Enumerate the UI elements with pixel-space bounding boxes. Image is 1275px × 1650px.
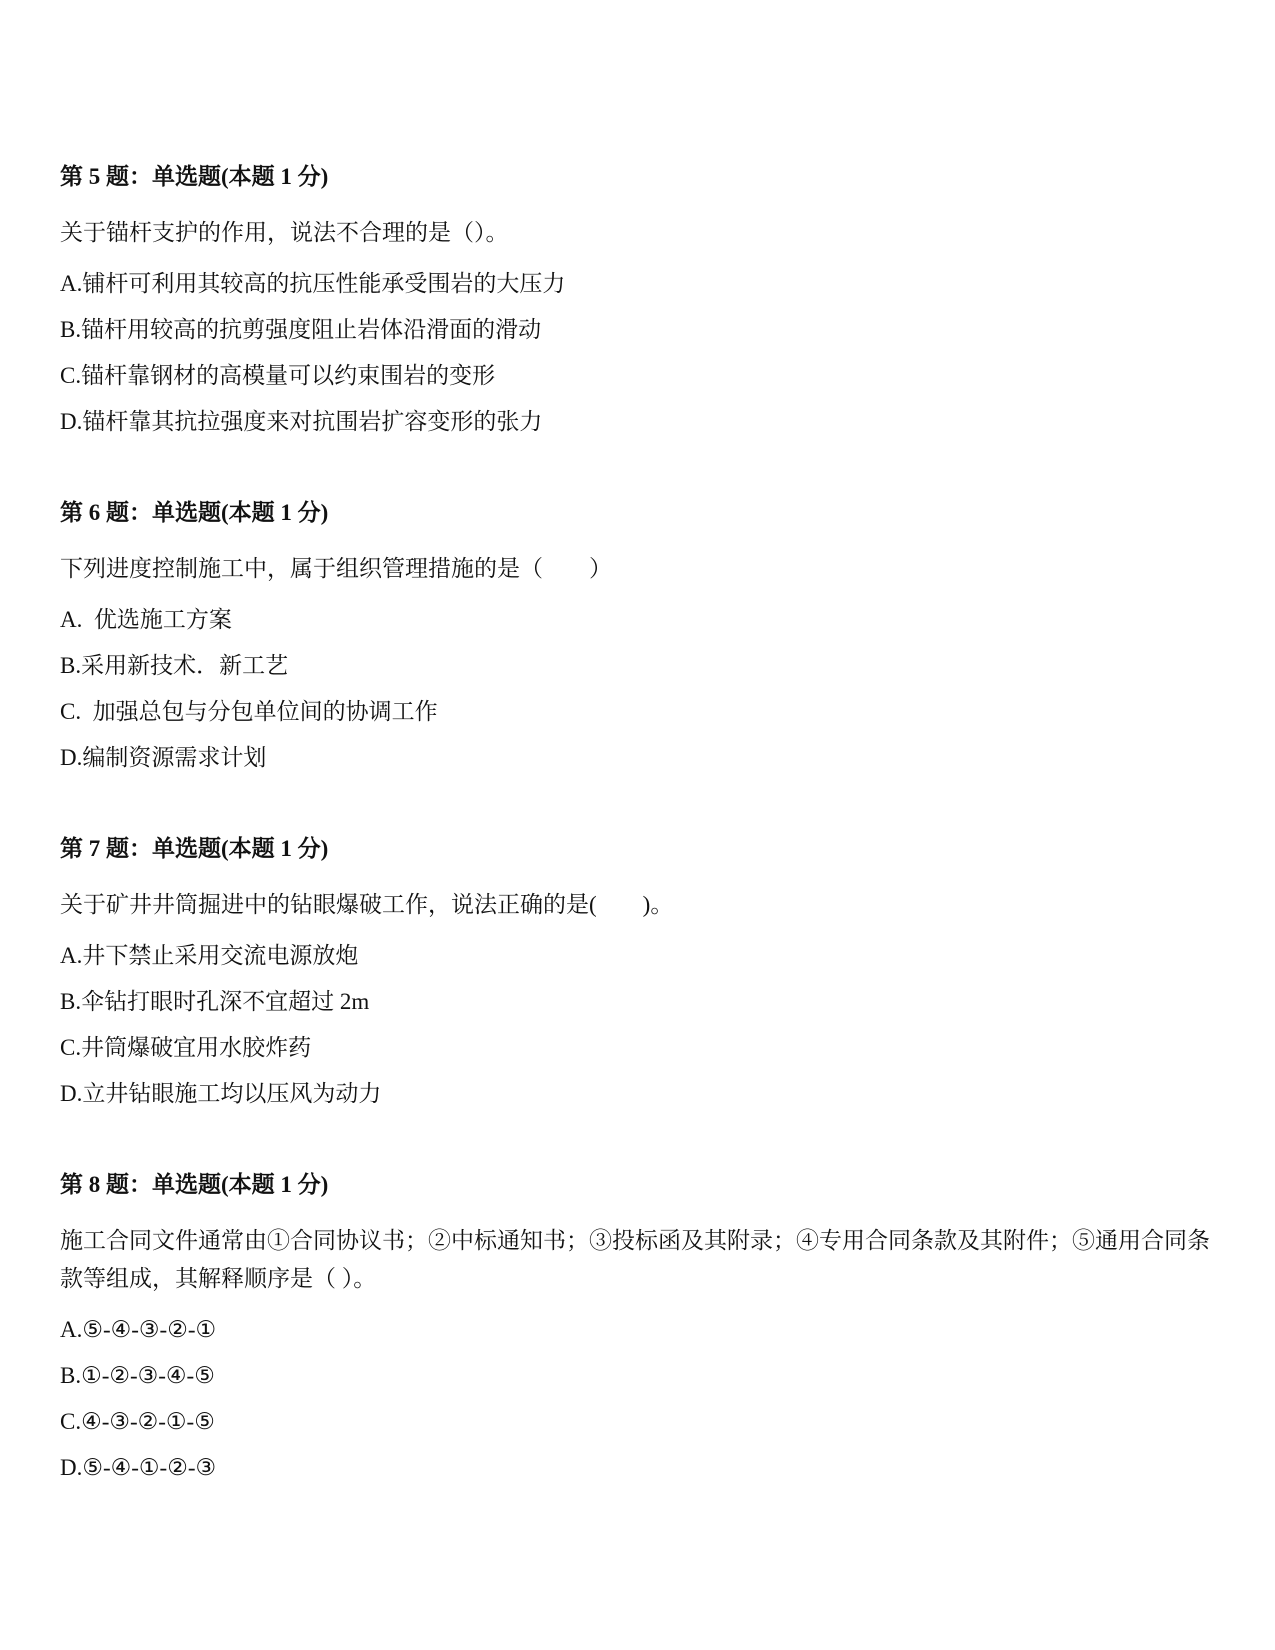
question-7-option-d: D.立井钻眼施工均以压风为动力 bbox=[60, 1080, 1220, 1108]
question-6-stem: 下列进度控制施工中，属于组织管理措施的是（ ） bbox=[60, 550, 1220, 588]
question-5-option-c: C.锚杆靠钢材的高模量可以约束围岩的变形 bbox=[60, 362, 1220, 390]
question-8-option-d: D.⑤-④-①-②-③ bbox=[60, 1454, 1220, 1482]
question-5-header: 第 5 题：单选题(本题 1 分) bbox=[60, 162, 1220, 192]
question-7-stem: 关于矿井井筒掘进中的钻眼爆破工作，说法正确的是( )。 bbox=[60, 886, 1220, 924]
question-6-option-c: C. 加强总包与分包单位间的协调工作 bbox=[60, 698, 1220, 726]
question-8-option-a: A.⑤-④-③-②-① bbox=[60, 1316, 1220, 1344]
question-8-header: 第 8 题：单选题(本题 1 分) bbox=[60, 1170, 1220, 1200]
question-7-header: 第 7 题：单选题(本题 1 分) bbox=[60, 834, 1220, 864]
question-5-option-b: B.锚杆用较高的抗剪强度阻止岩体沿滑面的滑动 bbox=[60, 316, 1220, 344]
question-6-option-a: A. 优选施工方案 bbox=[60, 606, 1220, 634]
question-8-stem: 施工合同文件通常由①合同协议书；②中标通知书；③投标函及其附录；④专用合同条款及… bbox=[60, 1222, 1220, 1298]
question-7-option-b: B.伞钻打眼时孔深不宜超过 2m bbox=[60, 988, 1220, 1016]
question-7-option-c: C.井筒爆破宜用水胶炸药 bbox=[60, 1034, 1220, 1062]
question-8: 第 8 题：单选题(本题 1 分) 施工合同文件通常由①合同协议书；②中标通知书… bbox=[60, 1170, 1220, 1482]
question-5-option-d: D.锚杆靠其抗拉强度来对抗围岩扩容变形的张力 bbox=[60, 408, 1220, 436]
question-7: 第 7 题：单选题(本题 1 分) 关于矿井井筒掘进中的钻眼爆破工作，说法正确的… bbox=[60, 834, 1220, 1108]
exam-page: 第 5 题：单选题(本题 1 分) 关于锚杆支护的作用，说法不合理的是（）。 A… bbox=[0, 0, 1275, 1482]
question-6-option-d: D.编制资源需求计划 bbox=[60, 744, 1220, 772]
question-8-option-c: C.④-③-②-①-⑤ bbox=[60, 1408, 1220, 1436]
question-6: 第 6 题：单选题(本题 1 分) 下列进度控制施工中，属于组织管理措施的是（ … bbox=[60, 498, 1220, 772]
question-6-header: 第 6 题：单选题(本题 1 分) bbox=[60, 498, 1220, 528]
question-7-option-a: A.井下禁止采用交流电源放炮 bbox=[60, 942, 1220, 970]
question-5: 第 5 题：单选题(本题 1 分) 关于锚杆支护的作用，说法不合理的是（）。 A… bbox=[60, 162, 1220, 436]
question-8-option-b: B.①-②-③-④-⑤ bbox=[60, 1362, 1220, 1390]
question-5-option-a: A.铺杆可利用其较高的抗压性能承受围岩的大压力 bbox=[60, 270, 1220, 298]
question-5-stem: 关于锚杆支护的作用，说法不合理的是（）。 bbox=[60, 214, 1220, 252]
question-6-option-b: B.采用新技术．新工艺 bbox=[60, 652, 1220, 680]
